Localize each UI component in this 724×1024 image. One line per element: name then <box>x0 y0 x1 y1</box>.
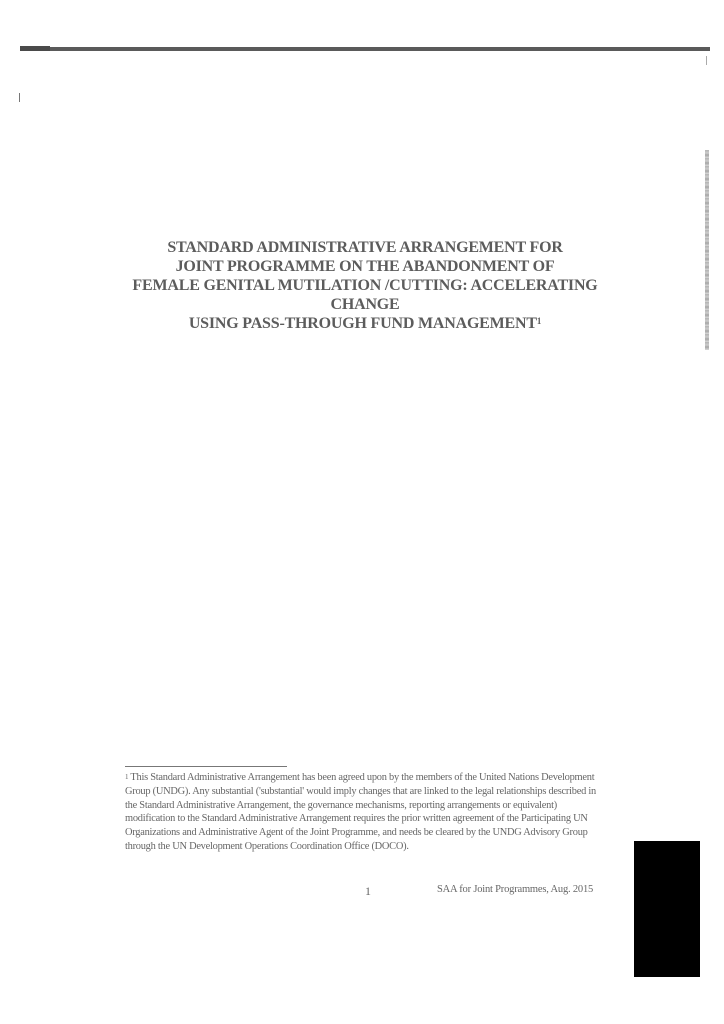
footnote-marker: 1 <box>125 773 128 781</box>
document-title: STANDARD ADMINISTRATIVE ARRANGEMENT FOR … <box>100 238 630 333</box>
scan-mark-right <box>706 56 707 65</box>
header-rule-artifact <box>20 46 50 51</box>
footnote-reference[interactable]: 1 <box>537 316 541 326</box>
scan-mark-left <box>19 93 20 102</box>
footnote: 1 This Standard Administrative Arrangeme… <box>125 771 605 854</box>
footnote-text: This Standard Administrative Arrangement… <box>125 772 596 852</box>
title-line: JOINT PROGRAMME ON THE ABANDONMENT OF <box>100 257 630 276</box>
page-number: 1 <box>365 884 371 899</box>
title-line: CHANGE <box>100 295 630 314</box>
redaction-block <box>634 841 700 977</box>
title-line: USING PASS-THROUGH FUND MANAGEMENT1 <box>100 314 630 333</box>
title-line: FEMALE GENITAL MUTILATION /CUTTING: ACCE… <box>100 276 630 295</box>
running-footer: SAA for Joint Programmes, Aug. 2015 <box>437 884 593 895</box>
footnote-separator <box>125 766 287 767</box>
scan-edge-artifact <box>705 150 709 350</box>
title-line-text: USING PASS-THROUGH FUND MANAGEMENT <box>189 315 537 332</box>
title-line: STANDARD ADMINISTRATIVE ARRANGEMENT FOR <box>100 238 630 257</box>
header-rule <box>20 47 710 51</box>
